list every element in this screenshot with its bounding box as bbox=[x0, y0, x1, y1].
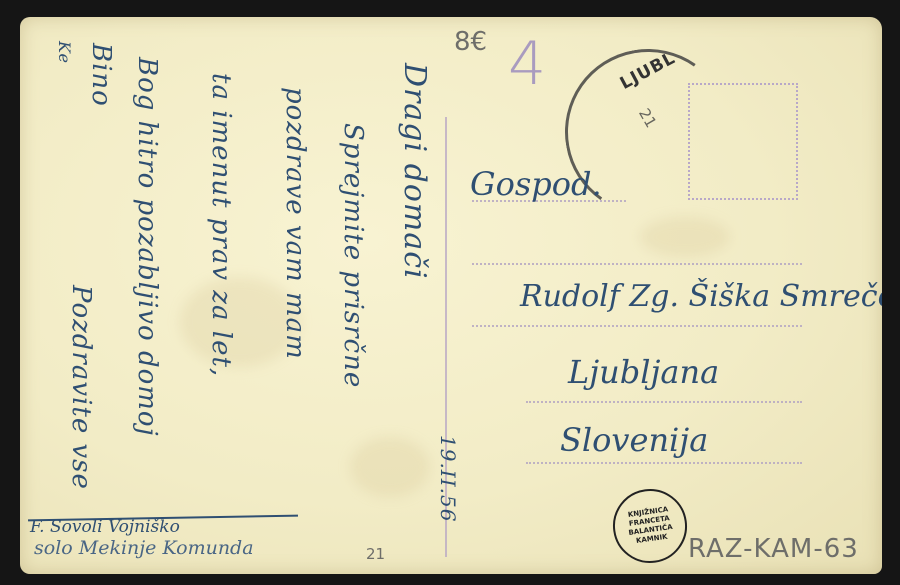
paper-stain bbox=[640, 217, 730, 257]
margin-note: Ke bbox=[55, 41, 74, 64]
address-line bbox=[472, 263, 802, 265]
pencil-price: 8€ bbox=[454, 27, 487, 57]
message-line-6: Bino bbox=[86, 43, 116, 107]
message-line-7: Pozdravite vse bbox=[66, 285, 96, 490]
address-city: Ljubljana bbox=[568, 353, 719, 391]
message-line-5: Bog hitro pozabljivo domoj bbox=[132, 57, 162, 437]
message-line-3: pozdrave vam mam bbox=[280, 87, 310, 360]
pencil-number: 21 bbox=[366, 545, 385, 563]
address-line bbox=[526, 462, 802, 464]
address-line bbox=[526, 401, 802, 403]
library-stamp: KNJIŽNICA FRANCETA BALANTIČA KAMNIK bbox=[608, 484, 692, 568]
message-line-2: Sprejmite prisrčne bbox=[338, 123, 368, 388]
sender-line-1: F. Sovoli Vojniško bbox=[30, 517, 180, 537]
postcard-back: 8€ 4 21 RAZ-KAM-63 LJUBL 21 Gospod. Rudo… bbox=[20, 17, 882, 574]
address-salutation: Gospod. bbox=[470, 165, 602, 203]
pencil-mark: 4 bbox=[508, 29, 546, 99]
sender-line-2: solo Mekinje Komunda bbox=[34, 537, 254, 559]
address-line bbox=[472, 325, 802, 327]
address-country: Slovenija bbox=[560, 421, 708, 459]
message-date: 19.II.56 bbox=[436, 435, 460, 522]
message-line-1: Dragi domači bbox=[397, 63, 432, 280]
catalog-id: RAZ-KAM-63 bbox=[688, 534, 859, 564]
paper-stain bbox=[350, 437, 430, 497]
address-name: Rudolf Zg. Šiška Smrečoj bbox=[520, 279, 882, 314]
message-line-4: ta imenut prav za let, bbox=[206, 73, 236, 377]
